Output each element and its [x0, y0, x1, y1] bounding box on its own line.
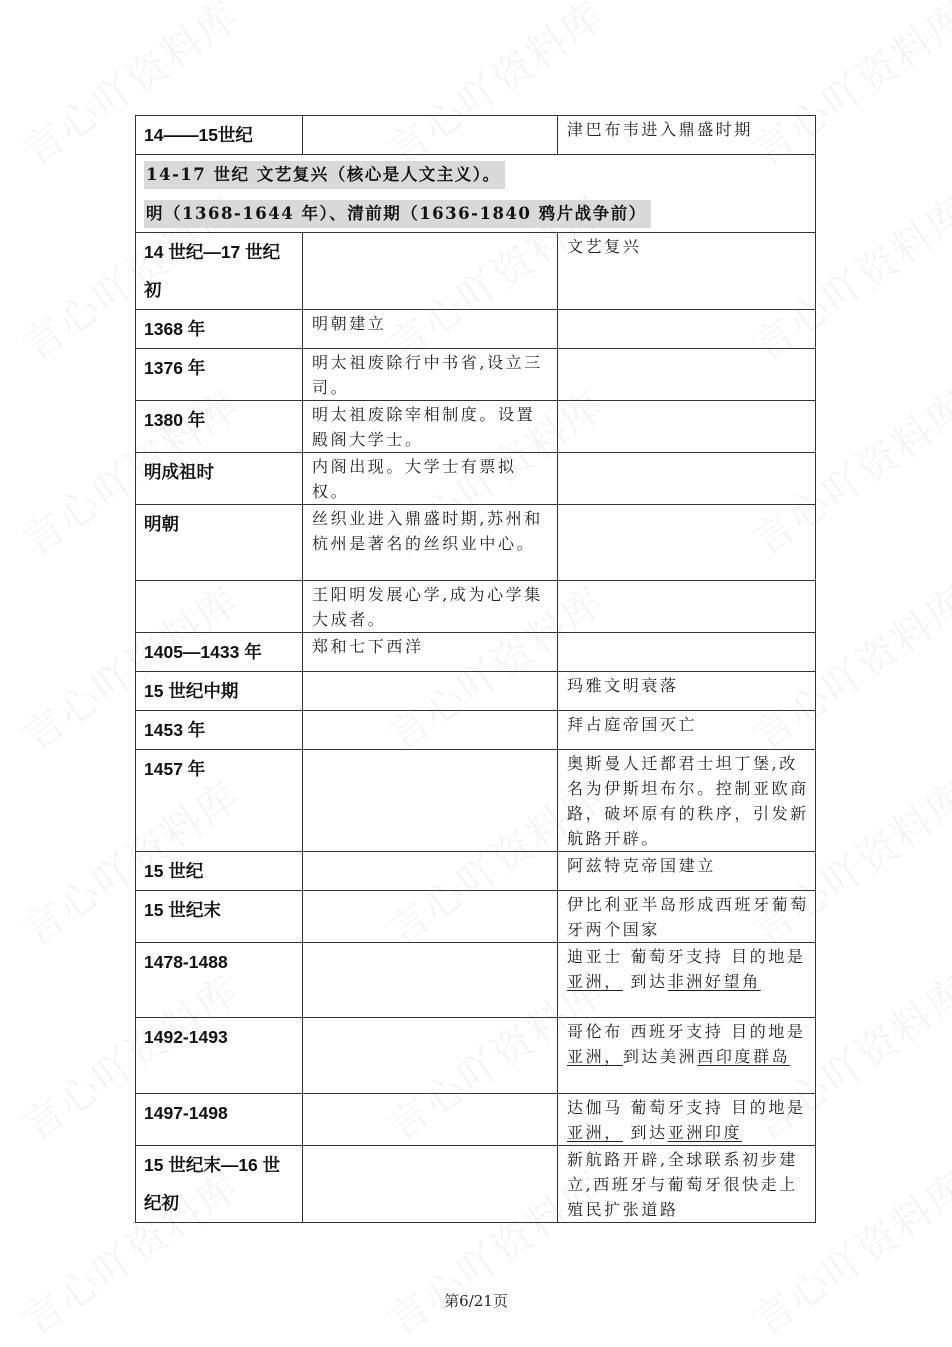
world-event-cell: 津巴布韦进入鼎盛时期 — [558, 116, 816, 155]
china-event-cell: 明朝建立 — [303, 310, 558, 349]
table-row: 1376 年明太祖废除行中书省,设立三司。 — [136, 349, 816, 401]
date-cell: 15 世纪中期 — [136, 672, 303, 711]
table-row: 15 世纪中期玛雅文明衰落 — [136, 672, 816, 711]
date-cell: 1405—1433 年 — [136, 633, 303, 672]
date-cell: 1497-1498 — [136, 1094, 303, 1146]
china-event-cell — [303, 750, 558, 852]
date-cell: 15 世纪末—16 世纪初 — [136, 1146, 303, 1223]
china-event-cell — [303, 852, 558, 891]
date-cell: 1453 年 — [136, 711, 303, 750]
world-event-cell — [558, 401, 816, 453]
china-event-cell — [303, 1146, 558, 1223]
date-cell: 14——15世纪 — [136, 116, 303, 155]
underlined-text: 西印度群岛 — [697, 1047, 790, 1066]
china-event-cell: 内阁出现。大学士有票拟权。 — [303, 453, 558, 505]
underlined-text: 亚洲印度 — [668, 1123, 742, 1142]
text-segment: 达伽马 葡萄牙支持 目的地是 — [567, 1098, 806, 1117]
china-event-cell: 明太祖废除行中书省,设立三司。 — [303, 349, 558, 401]
china-event-cell — [303, 943, 558, 1018]
china-event-cell — [303, 233, 558, 310]
world-event-cell — [558, 505, 816, 581]
table-row: 1453 年拜占庭帝国灭亡 — [136, 711, 816, 750]
table-row: 1457 年奥斯曼人迁都君士坦丁堡,改名为伊斯坦布尔。控制亚欧商路，破坏原有的秩… — [136, 750, 816, 852]
table-row: 14——15世纪津巴布韦进入鼎盛时期 — [136, 116, 816, 155]
china-event-cell: 丝织业进入鼎盛时期,苏州和杭州是著名的丝织业中心。 — [303, 505, 558, 581]
china-event-cell — [303, 1018, 558, 1094]
world-event-cell: 达伽马 葡萄牙支持 目的地是亚洲， 到达亚洲印度 — [558, 1094, 816, 1146]
text-segment: 到达美洲 — [623, 1047, 697, 1066]
table-row: 15 世纪末伊比利亚半岛形成西班牙葡萄牙两个国家 — [136, 891, 816, 943]
world-event-cell: 伊比利亚半岛形成西班牙葡萄牙两个国家 — [558, 891, 816, 943]
page-number: 第6/21页 — [0, 1290, 952, 1311]
text-segment: 到达 — [623, 1123, 668, 1142]
text-segment: 迪亚士 葡萄牙支持 目的地是 — [567, 947, 806, 966]
world-event-cell — [558, 581, 816, 633]
world-event-cell: 文艺复兴 — [558, 233, 816, 310]
date-cell: 14 世纪—17 世纪初 — [136, 233, 303, 310]
table-row: 14-17 世纪 文艺复兴（核心是人文主义）。明（1368-1644 年）、清前… — [136, 155, 816, 233]
china-event-cell — [303, 116, 558, 155]
table-row: 1368 年明朝建立 — [136, 310, 816, 349]
world-event-cell: 拜占庭帝国灭亡 — [558, 711, 816, 750]
china-event-cell: 明太祖废除宰相制度。设置殿阁大学士。 — [303, 401, 558, 453]
world-event-cell: 阿兹特克帝国建立 — [558, 852, 816, 891]
date-cell: 明成祖时 — [136, 453, 303, 505]
date-cell: 15 世纪末 — [136, 891, 303, 943]
table-row: 1497-1498达伽马 葡萄牙支持 目的地是亚洲， 到达亚洲印度 — [136, 1094, 816, 1146]
world-event-cell — [558, 633, 816, 672]
date-cell — [136, 581, 303, 633]
world-event-cell: 奥斯曼人迁都君士坦丁堡,改名为伊斯坦布尔。控制亚欧商路，破坏原有的秩序，引发新航… — [558, 750, 816, 852]
china-event-cell — [303, 711, 558, 750]
world-event-cell: 玛雅文明衰落 — [558, 672, 816, 711]
date-cell: 1492-1493 — [136, 1018, 303, 1094]
date-cell: 1478-1488 — [136, 943, 303, 1018]
highlighted-section-heading: 明（1368-1644 年）、清前期（1636-1840 鸦片战争前） — [144, 200, 651, 228]
text-segment: 到达 — [623, 972, 668, 991]
world-event-cell: 迪亚士 葡萄牙支持 目的地是亚洲， 到达非洲好望角 — [558, 943, 816, 1018]
table-row: 1478-1488迪亚士 葡萄牙支持 目的地是亚洲， 到达非洲好望角 — [136, 943, 816, 1018]
table-row: 15 世纪末—16 世纪初新航路开辟,全球联系初步建立,西班牙与葡萄牙很快走上殖… — [136, 1146, 816, 1223]
world-event-cell — [558, 310, 816, 349]
date-cell: 1380 年 — [136, 401, 303, 453]
world-event-cell — [558, 453, 816, 505]
date-cell: 1368 年 — [136, 310, 303, 349]
world-event-cell — [558, 349, 816, 401]
china-event-cell: 王阳明发展心学,成为心学集大成者。 — [303, 581, 558, 633]
underlined-text: 亚洲， — [567, 1047, 623, 1066]
table-row: 王阳明发展心学,成为心学集大成者。 — [136, 581, 816, 633]
table-row: 14 世纪—17 世纪初文艺复兴 — [136, 233, 816, 310]
world-event-cell: 哥伦布 西班牙支持 目的地是亚洲，到达美洲西印度群岛 — [558, 1018, 816, 1094]
table-row: 1380 年明太祖废除宰相制度。设置殿阁大学士。 — [136, 401, 816, 453]
section-header-cell: 14-17 世纪 文艺复兴（核心是人文主义）。明（1368-1644 年）、清前… — [136, 155, 816, 233]
table-row: 明朝丝织业进入鼎盛时期,苏州和杭州是著名的丝织业中心。 — [136, 505, 816, 581]
china-event-cell — [303, 891, 558, 943]
date-cell: 明朝 — [136, 505, 303, 581]
table-row: 15 世纪阿兹特克帝国建立 — [136, 852, 816, 891]
table-row: 明成祖时内阁出现。大学士有票拟权。 — [136, 453, 816, 505]
underlined-text: 亚洲， — [567, 972, 623, 991]
highlighted-section-heading: 14-17 世纪 文艺复兴（核心是人文主义）。 — [144, 161, 505, 189]
table-row: 1405—1433 年郑和七下西洋 — [136, 633, 816, 672]
underlined-text: 亚洲， — [567, 1123, 623, 1142]
underlined-text: 非洲好望角 — [668, 972, 761, 991]
china-event-cell — [303, 672, 558, 711]
world-event-cell: 新航路开辟,全球联系初步建立,西班牙与葡萄牙很快走上殖民扩张道路 — [558, 1146, 816, 1223]
table-row: 1492-1493哥伦布 西班牙支持 目的地是亚洲，到达美洲西印度群岛 — [136, 1018, 816, 1094]
date-cell: 1457 年 — [136, 750, 303, 852]
history-timeline-table: 14——15世纪津巴布韦进入鼎盛时期14-17 世纪 文艺复兴（核心是人文主义）… — [135, 115, 816, 1223]
china-event-cell — [303, 1094, 558, 1146]
china-event-cell: 郑和七下西洋 — [303, 633, 558, 672]
date-cell: 15 世纪 — [136, 852, 303, 891]
text-segment: 哥伦布 西班牙支持 目的地是 — [567, 1022, 806, 1041]
date-cell: 1376 年 — [136, 349, 303, 401]
